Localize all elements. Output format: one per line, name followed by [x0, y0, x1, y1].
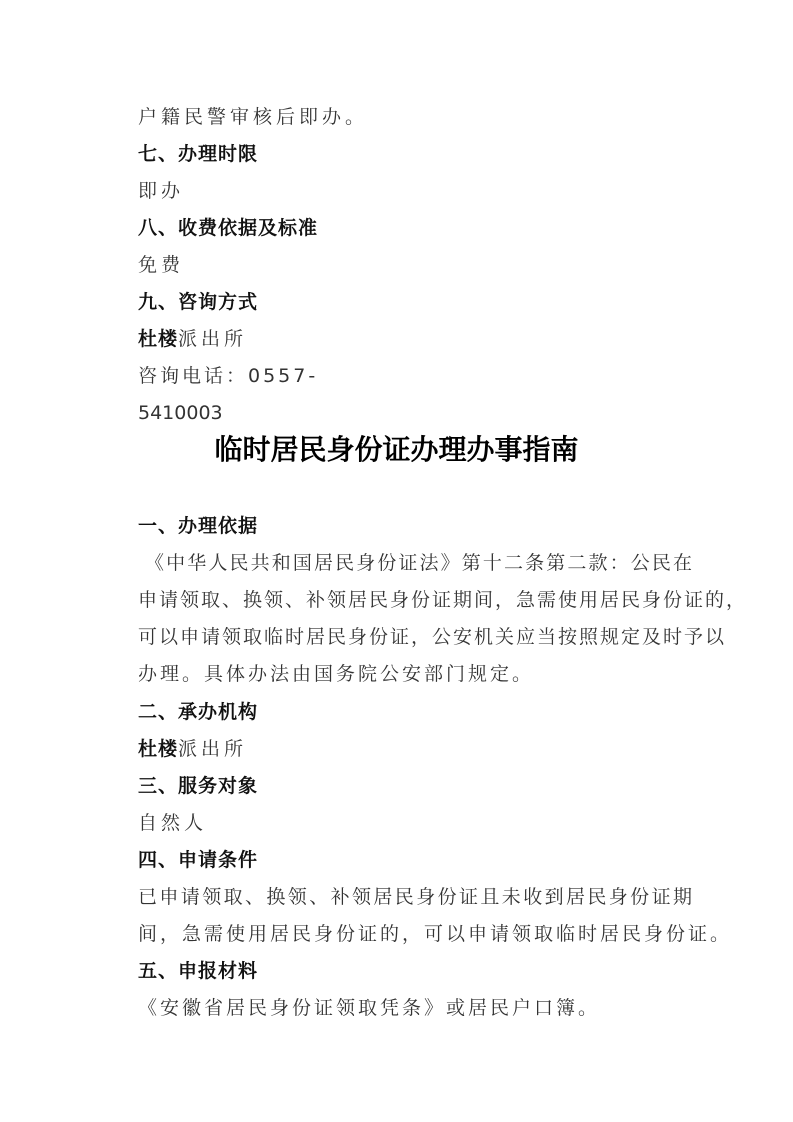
station-name-rest: 派出所 [178, 328, 247, 350]
service-target-body: 自然人 [138, 811, 207, 835]
section-heading-basis: 一、办理依据 [138, 514, 258, 538]
agency-station-bold: 杜楼 [138, 738, 178, 760]
section-body-fee: 免费 [138, 253, 184, 277]
section-heading-conditions: 四、申请条件 [138, 848, 258, 872]
basis-line-1: 《中华人民共和国居民身份证法》第十二条第二款：公民在 [145, 551, 694, 575]
section-heading-materials: 五、申报材料 [138, 959, 258, 983]
conditions-line-2: 间，急需使用居民身份证的，可以申请领取临时居民身份证。 [138, 922, 732, 946]
contact-phone-label: 咨询电话：0557- [138, 364, 318, 388]
continuation-text: 户籍民警审核后即办。 [138, 105, 368, 129]
section-heading-consult: 九、咨询方式 [138, 290, 258, 314]
section-body-time-limit: 即办 [138, 179, 184, 203]
station-name-bold: 杜楼 [138, 328, 178, 350]
section-heading-fee: 八、收费依据及标准 [138, 216, 318, 240]
section-heading-time-limit: 七、办理时限 [138, 142, 258, 166]
agency-station: 杜楼派出所 [138, 737, 247, 761]
page-title: 临时居民身份证办理办事指南 [0, 432, 793, 468]
section-heading-agency: 二、承办机构 [138, 700, 258, 724]
basis-line-2: 申请领取、换领、补领居民身份证期间，急需使用居民身份证的， [138, 588, 694, 612]
basis-line-4: 办理。具体办法由国务院公安部门规定。 [138, 662, 534, 686]
contact-station: 杜楼派出所 [138, 327, 247, 351]
contact-phone-rest: 5410003 [138, 401, 223, 425]
basis-line-3: 可以申请领取临时居民身份证，公安机关应当按照规定及时予以 [138, 625, 690, 649]
conditions-line-1: 已申请领取、换领、补领居民身份证且未收到居民身份证期 [138, 885, 694, 909]
materials-body: 《安徽省居民身份证领取凭条》或居民户口簿。 [138, 996, 600, 1020]
agency-station-rest: 派出所 [178, 738, 247, 760]
section-heading-service-target: 三、服务对象 [138, 774, 258, 798]
